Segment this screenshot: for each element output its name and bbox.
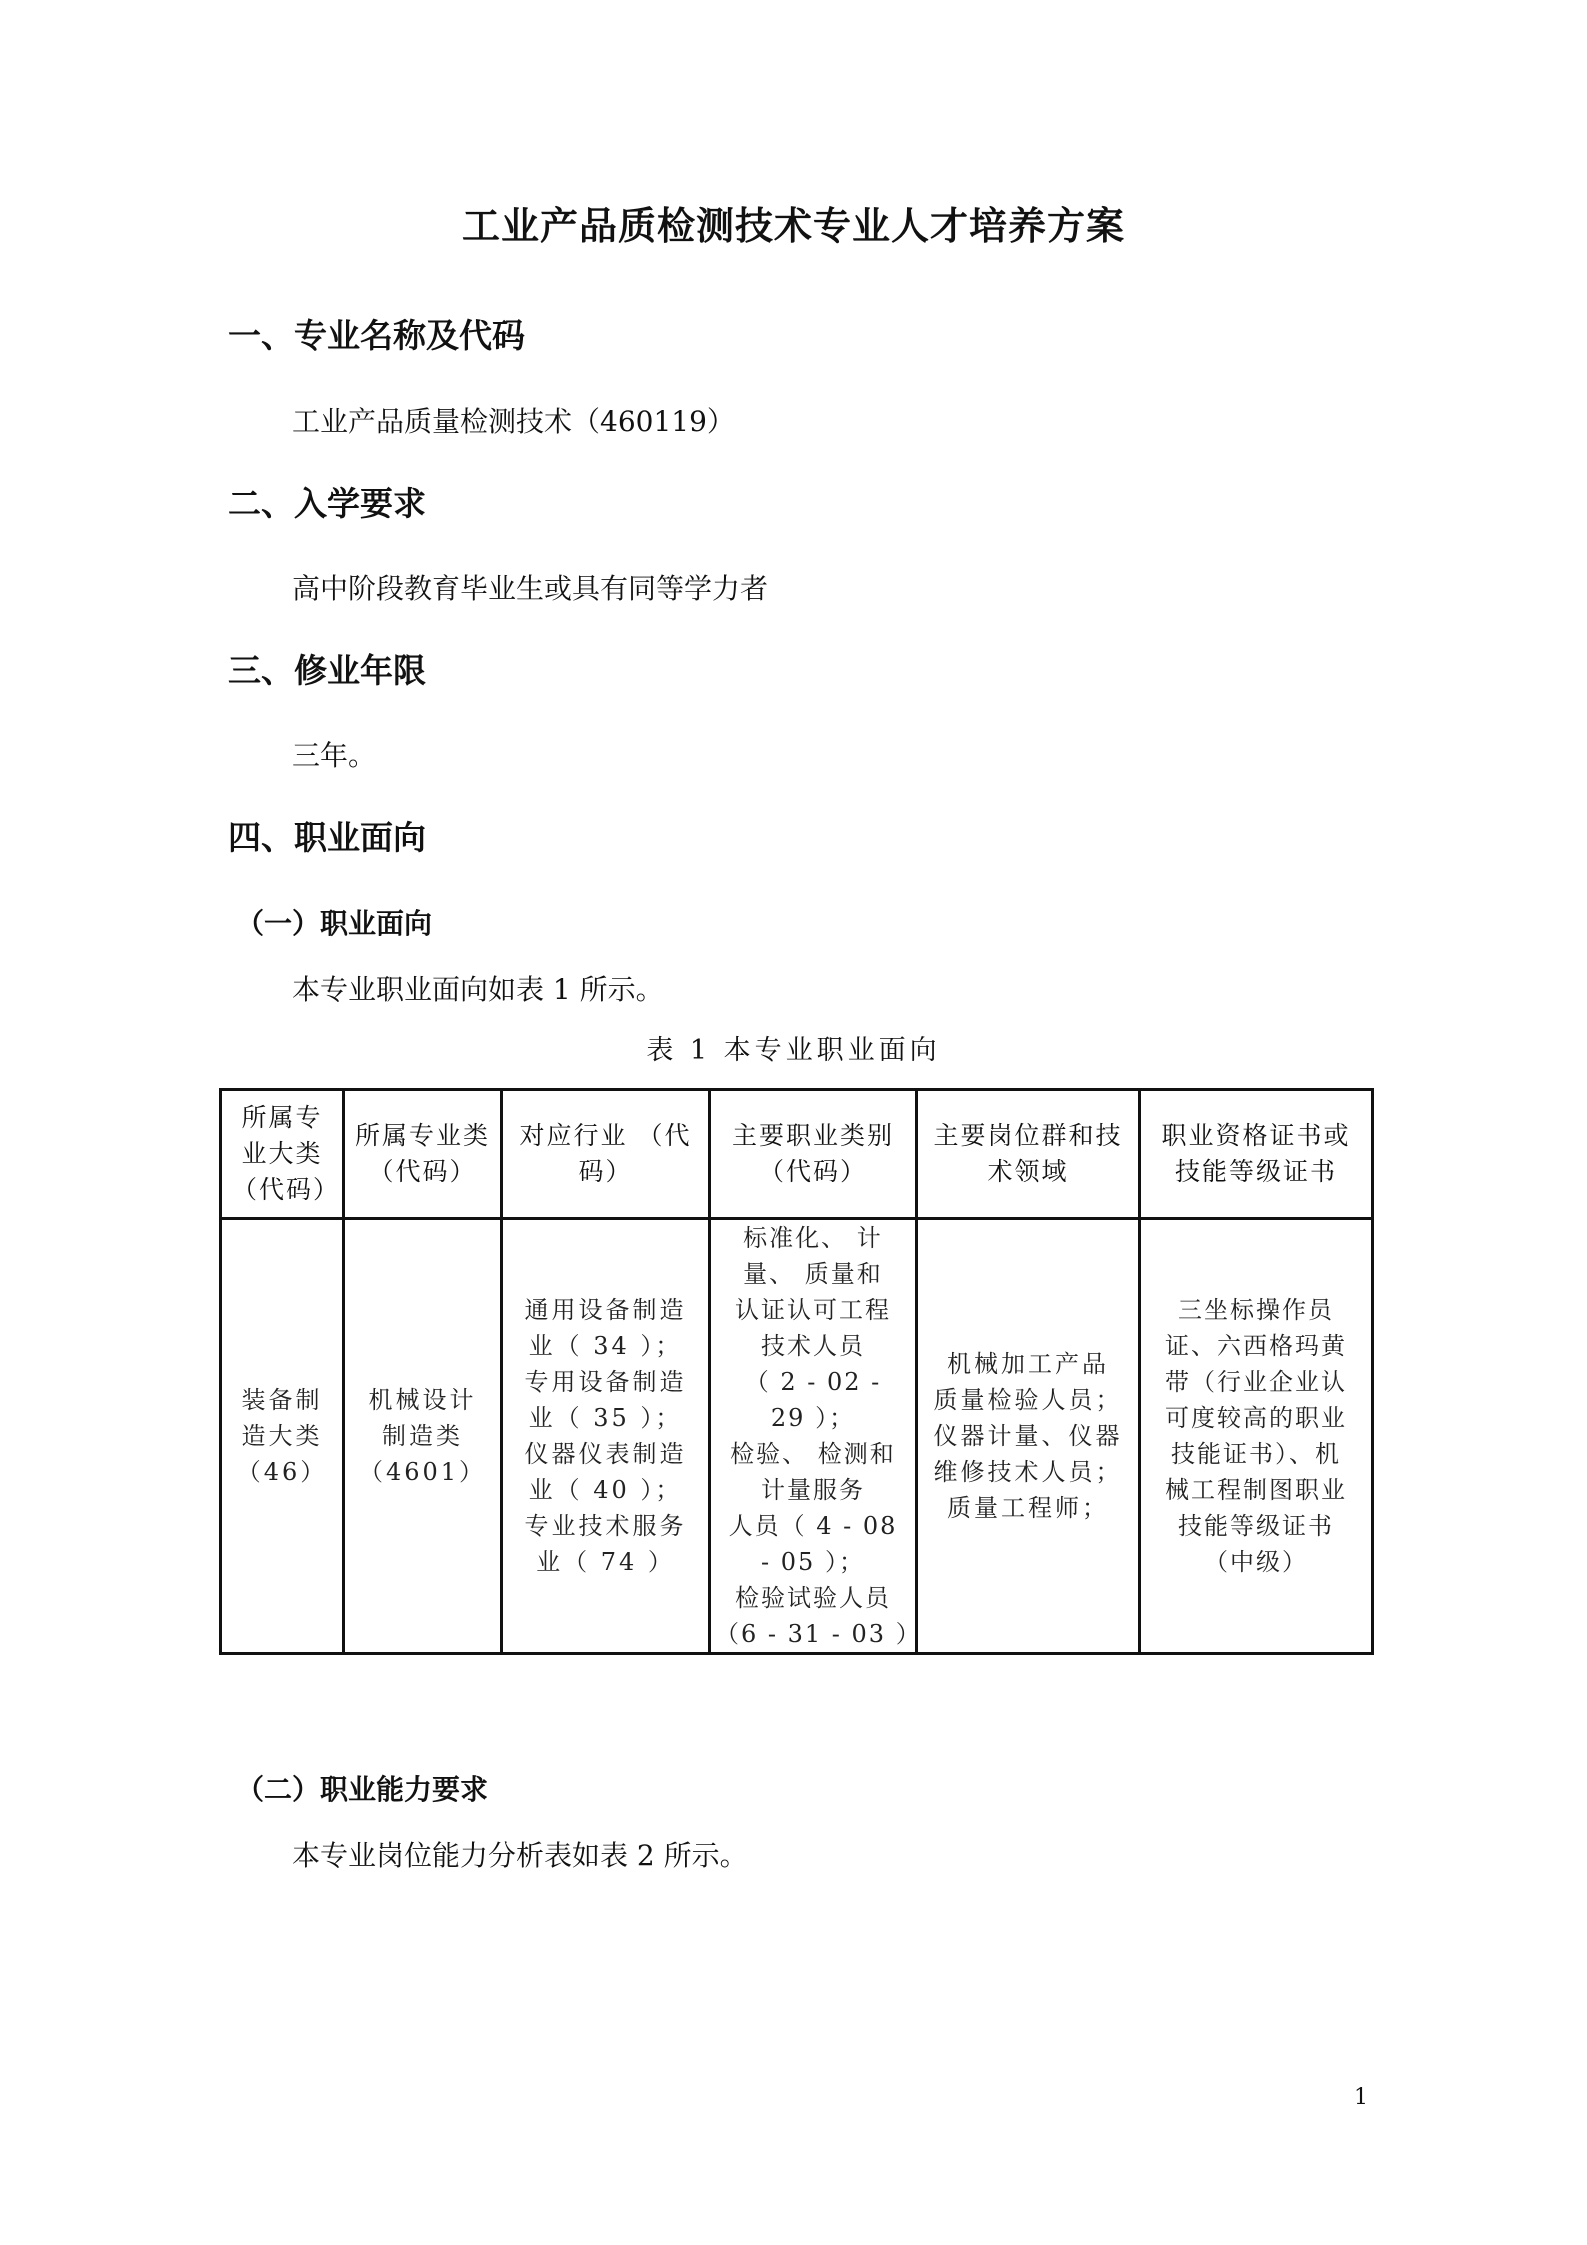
cell-major-category: 装备制 造大类 （46） — [221, 1219, 344, 1654]
career-ability-intro: 本专业岗位能力分析表如表 2 所示。 — [292, 1834, 748, 1874]
cell-job-groups: 机械加工产品 质量检验人员； 仪器计量、仪器 维修技术人员； 质量工程师； — [917, 1219, 1140, 1654]
career-orientation-table: 所属专 业大类 （代码） 所属专业类 （代码） 对应行业 （代码） 主要职业类别… — [219, 1088, 1374, 1655]
header-industry: 对应行业 （代码） — [502, 1090, 710, 1219]
study-duration: 三年。 — [292, 734, 376, 774]
table-caption: 表 1 本专业职业面向 — [0, 1028, 1587, 1067]
subsection-heading-career-ability: （二）职业能力要求 — [236, 1768, 488, 1808]
cell-certificates: 三坐标操作员 证、六西格玛黄 带（行业企业认 可度较高的职业 技能证书）、机 械… — [1140, 1219, 1373, 1654]
header-certificates: 职业资格证书或 技能等级证书 — [1140, 1090, 1373, 1219]
header-occupation-category: 主要职业类别 （代码） — [710, 1090, 917, 1219]
cell-industry: 通用设备制造 业（ 34 ）； 专用设备制造 业（ 35 ）； 仪器仪表制造 业… — [502, 1219, 710, 1654]
header-major-class: 所属专业类 （代码） — [344, 1090, 502, 1219]
table-row: 装备制 造大类 （46） 机械设计 制造类 （4601） 通用设备制造 业（ 3… — [221, 1219, 1373, 1654]
section-heading-duration: 三、修业年限 — [228, 645, 426, 692]
subsection-heading-career-orientation: （一）职业面向 — [236, 902, 432, 942]
document-title: 工业产品质检测技术专业人才培养方案 — [0, 195, 1587, 250]
table-header-row: 所属专 业大类 （代码） 所属专业类 （代码） 对应行业 （代码） 主要职业类别… — [221, 1090, 1373, 1219]
page-number: 1 — [1354, 2085, 1368, 2110]
section-heading-career: 四、职业面向 — [228, 812, 426, 859]
section-heading-major-name: 一、专业名称及代码 — [228, 310, 525, 357]
header-major-category: 所属专 业大类 （代码） — [221, 1090, 344, 1219]
major-name-code: 工业产品质量检测技术（460119） — [292, 400, 735, 440]
section-heading-admission: 二、入学要求 — [228, 478, 426, 525]
career-orientation-intro: 本专业职业面向如表 1 所示。 — [292, 968, 664, 1008]
admission-requirement: 高中阶段教育毕业生或具有同等学力者 — [292, 567, 768, 607]
header-job-groups: 主要岗位群和技 术领域 — [917, 1090, 1140, 1219]
cell-occupation-category: 标准化、 计 量、 质量和 认证认可工程 技术人员 （ 2 - 02 - 29 … — [710, 1219, 917, 1654]
cell-major-class: 机械设计 制造类 （4601） — [344, 1219, 502, 1654]
